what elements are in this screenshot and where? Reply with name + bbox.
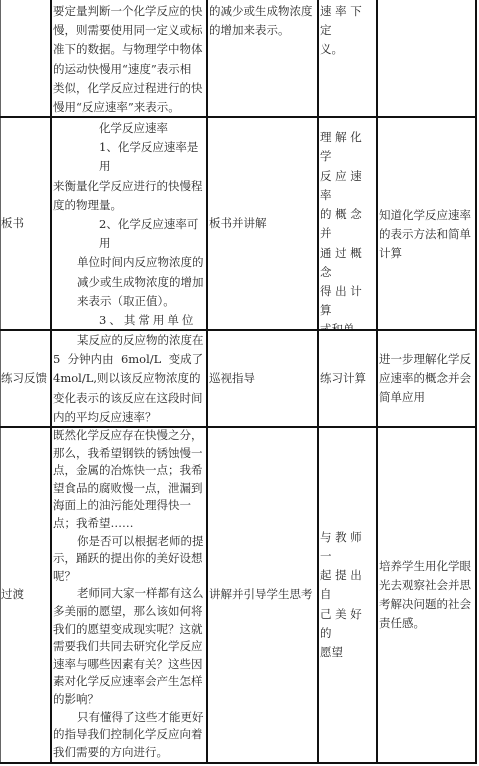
teacher-activity: 板书并讲解 [209,214,267,233]
transition-line: 需要我们共同去研究化学反应 [53,638,205,656]
column-divider-3 [317,0,319,764]
student-activity-block: 理 解 化 学 反 应 速 率 的 概 念 并 通 过 概 念 得 出 计 算 … [320,128,376,329]
exercise-line: 5 分钟内由 6mol/L 变成了 [53,350,205,369]
row-label-transition: 过渡 [1,585,24,604]
table-border-right [475,0,477,764]
design-intent-line: 考解决问题的社会 [379,595,471,614]
transition-line: 只有懂得了这些才能更好 [53,709,205,727]
row2-teacher-activity-cell: 巡视指导 [209,331,316,426]
blackboard-point1-line: 1、化学反应速率是用 [53,138,205,176]
blackboard-point1-line: 度的物理量。 [53,196,205,215]
transition-line: 我们的愿望变成现实呢？这就 [53,621,205,639]
row3-label-cell: 过渡 [1,428,50,762]
design-intent-line: 培养学生用化学眼 [379,557,471,576]
design-intent-line: 计算 [379,244,471,263]
design-intent-line: 知道化学反应速率 [379,206,471,225]
blackboard-point2-line: 减少或生成物浓度的增加 [53,273,205,292]
content-line: 类似，化学反应过程进行的快 [53,79,205,98]
row2-label-cell: 练习反馈 [1,331,50,426]
row1-content-cell: 化学反应速率 1、化学反应速率是用 来衡量化学反应进行的快慢程 度的物理量。 2… [53,119,205,329]
transition-line: 海面上的油污能处理得快一 [53,497,205,515]
column-divider-1 [50,0,52,764]
exercise-line: 内的平均反应速率？ [53,408,205,426]
design-intent-line: 应速率的概念并会 [379,369,471,388]
content-line: 准下的数据。与物理学中物体 [53,40,205,59]
design-intent-line: 责任感。 [379,614,471,633]
transition-line: 我们需要的方向进行。 [53,744,205,762]
lesson-plan-table: 要定量判断一个化学反应的快 慢，则需要使用同一定义或标 准下的数据。与物理学中物… [0,0,477,764]
blackboard-point2-line: 来表示（取正值）。 [53,292,205,311]
transition-line: 既然化学反应存在快慢之分， [53,427,205,445]
row1-teacher-activity-cell: 板书并讲解 [209,118,316,329]
student-activity-line: 愿望 [320,643,376,662]
student-activity-line: 通 过 概 念 [320,244,376,282]
column-divider-4 [376,0,378,764]
student-activity-line: 式和单位。 [320,320,376,329]
transition-line: 那么，我希望钢铁的锈蚀慢一 [53,445,205,463]
design-intent-block: 培养学生用化学眼 光去观察社会并思 考解决问题的社会 责任感。 [379,557,471,634]
exercise-line: 4mol/L,则以该反应物浓度的 [53,369,205,388]
row3-teacher-activity-cell: 讲解并引导学生思考 [209,428,316,762]
teacher-activity-line: 的增加来表示。 [209,21,316,40]
teacher-activity-line: 的减少或生成物浓度 [209,2,316,21]
student-activity-line: 己 美 好 的 [320,605,376,643]
design-intent-line: 的表示方法和简单 [379,225,471,244]
row2-content-cell: 某反应的反应物的浓度在 5 分钟内由 6mol/L 变成了 4mol/L,则以该… [53,331,205,426]
transition-line: 你是否可以根据老师的提 [53,533,205,551]
transition-line: 示，踊跃的提出你的美好设想 [53,550,205,568]
blackboard-point1-line: 来衡量化学反应进行的快慢程 [53,177,205,196]
student-activity-line: 义。 [320,40,376,59]
row-label-blackboard: 板书 [1,214,24,233]
design-intent-line: 进一步理解化学反 [379,350,471,369]
transition-line: 素对化学反应速率会产生怎样 [53,673,205,691]
blackboard-point2-line: 2、化学反应速率可用 [53,215,205,253]
row0-student-activity-cell: 速 率 下 定 义。 [320,2,376,116]
student-activity-line: 速 率 下 定 [320,2,376,40]
row-label-practice-feedback: 练习反馈 [1,369,47,388]
transition-line: 多美丽的愿望，那么该如何将 [53,603,205,621]
row2-student-activity-cell: 练习计算 [320,331,376,426]
content-line: 慢用“反应速率”来表示。 [53,98,205,116]
row3-student-activity-cell: 与 教 师 一 起 提 出 自 己 美 好 的 愿望 [320,428,376,762]
transition-line: 点；我希望…… [53,515,205,533]
teacher-activity: 巡视指导 [209,369,255,388]
student-activity-line: 的 概 念 并 [320,205,376,243]
content-line: 要定量判断一个化学反应的快 [53,2,205,21]
transition-line: 点，金属的冶炼快一点；我希 [53,462,205,480]
row0-design-intent-cell [379,2,475,116]
row3-content-cell: 既然化学反应存在快慢之分， 那么，我希望钢铁的锈蚀慢一 点，金属的冶炼快一点；我… [53,427,205,762]
row0-content-cell: 要定量判断一个化学反应的快 慢，则需要使用同一定义或标 准下的数据。与物理学中物… [53,2,205,116]
design-intent-block: 知道化学反应速率 的表示方法和简单 计算 [379,206,471,264]
transition-line: 望食品的腐败慢一点，泄漏到 [53,480,205,498]
row0-teacher-activity-cell: 的减少或生成物浓度 的增加来表示。 [209,2,316,116]
content-line: 慢，则需要使用同一定义或标 [53,21,205,40]
row1-student-activity-cell: 理 解 化 学 反 应 速 率 的 概 念 并 通 过 概 念 得 出 计 算 … [320,118,376,329]
teacher-activity: 讲解并引导学生思考 [209,585,313,604]
transition-line: 老师同大家一样都有这么 [53,585,205,603]
blackboard-title: 化学反应速率 [53,119,205,138]
transition-line: 的指导我们控制化学反应向着 [53,726,205,744]
row1-label-cell: 板书 [1,118,50,329]
row2-design-intent-cell: 进一步理解化学反 应速率的概念并会 简单应用 [379,331,475,426]
student-activity-line: 与 教 师 一 [320,528,376,566]
content-line: 的运动快慢用“速度”表示相 [53,60,205,79]
student-activity-line: 得 出 计 算 [320,282,376,320]
table-border-bottom [0,762,477,764]
row3-design-intent-cell: 培养学生用化学眼 光去观察社会并思 考解决问题的社会 责任感。 [379,428,475,762]
transition-line: 呢？ [53,568,205,586]
row1-design-intent-cell: 知道化学反应速率 的表示方法和简单 计算 [379,118,475,329]
column-divider-2 [206,0,208,764]
student-activity-line: 起 提 出 自 [320,566,376,604]
exercise-line: 变化表示的该反应在这段时间 [53,389,205,408]
student-activity-block: 与 教 师 一 起 提 出 自 己 美 好 的 愿望 [320,528,376,662]
design-intent-line: 光去观察社会并思 [379,576,471,595]
blackboard-point2-line: 单位时间内反应物浓度的 [53,253,205,272]
student-activity-line: 反 应 速 率 [320,167,376,205]
transition-line: 的影响？ [53,691,205,709]
design-intent-block: 进一步理解化学反 应速率的概念并会 简单应用 [379,350,471,408]
student-activity-line: 理 解 化 学 [320,128,376,166]
design-intent-line: 简单应用 [379,388,471,407]
exercise-line: 某反应的反应物的浓度在 [53,331,205,350]
transition-line: 速率与哪些因素有关？这些因 [53,656,205,674]
row0-label-cell [1,0,50,116]
student-activity: 练习计算 [320,369,366,388]
blackboard-point3-line: 3、其常用单位是 [53,311,205,329]
